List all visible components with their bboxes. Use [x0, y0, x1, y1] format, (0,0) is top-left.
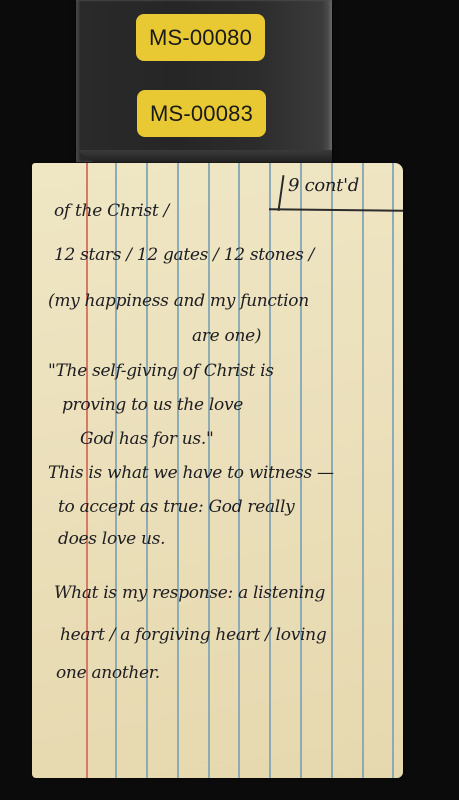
handwritten-line-3: (my happiness and my function	[48, 291, 309, 311]
handwritten-line-8: This is what we have to witness —	[48, 463, 334, 483]
handwritten-line-4: are one)	[192, 326, 261, 346]
header-note: 9 cont'd	[288, 175, 359, 196]
header-underline	[269, 208, 403, 211]
handwritten-line-1: of the Christ /	[54, 201, 169, 221]
handwritten-line-12: heart / a forgiving heart / loving	[60, 625, 326, 645]
catalog-label-1: MS-00080	[136, 14, 265, 61]
handwritten-line-6: proving to us the love	[62, 395, 243, 415]
blue-rule-line	[392, 163, 394, 778]
blue-rule-line	[362, 163, 364, 778]
handwritten-line-7: God has for us."	[80, 429, 213, 449]
header-bracket-mark	[278, 175, 284, 211]
handwritten-line-11: What is my response: a listening	[54, 583, 325, 603]
archival-weight-lip	[76, 150, 332, 164]
catalog-label-2: MS-00083	[137, 90, 266, 137]
handwritten-line-9: to accept as true: God really	[58, 497, 294, 517]
handwritten-line-5: "The self-giving of Christ is	[48, 361, 274, 381]
handwritten-line-13: one another.	[56, 663, 160, 683]
index-card: 9 cont'd of the Christ / 12 stars / 12 g…	[32, 163, 403, 778]
handwritten-line-10: does love us.	[58, 529, 165, 549]
handwritten-line-2: 12 stars / 12 gates / 12 stones /	[54, 245, 314, 265]
